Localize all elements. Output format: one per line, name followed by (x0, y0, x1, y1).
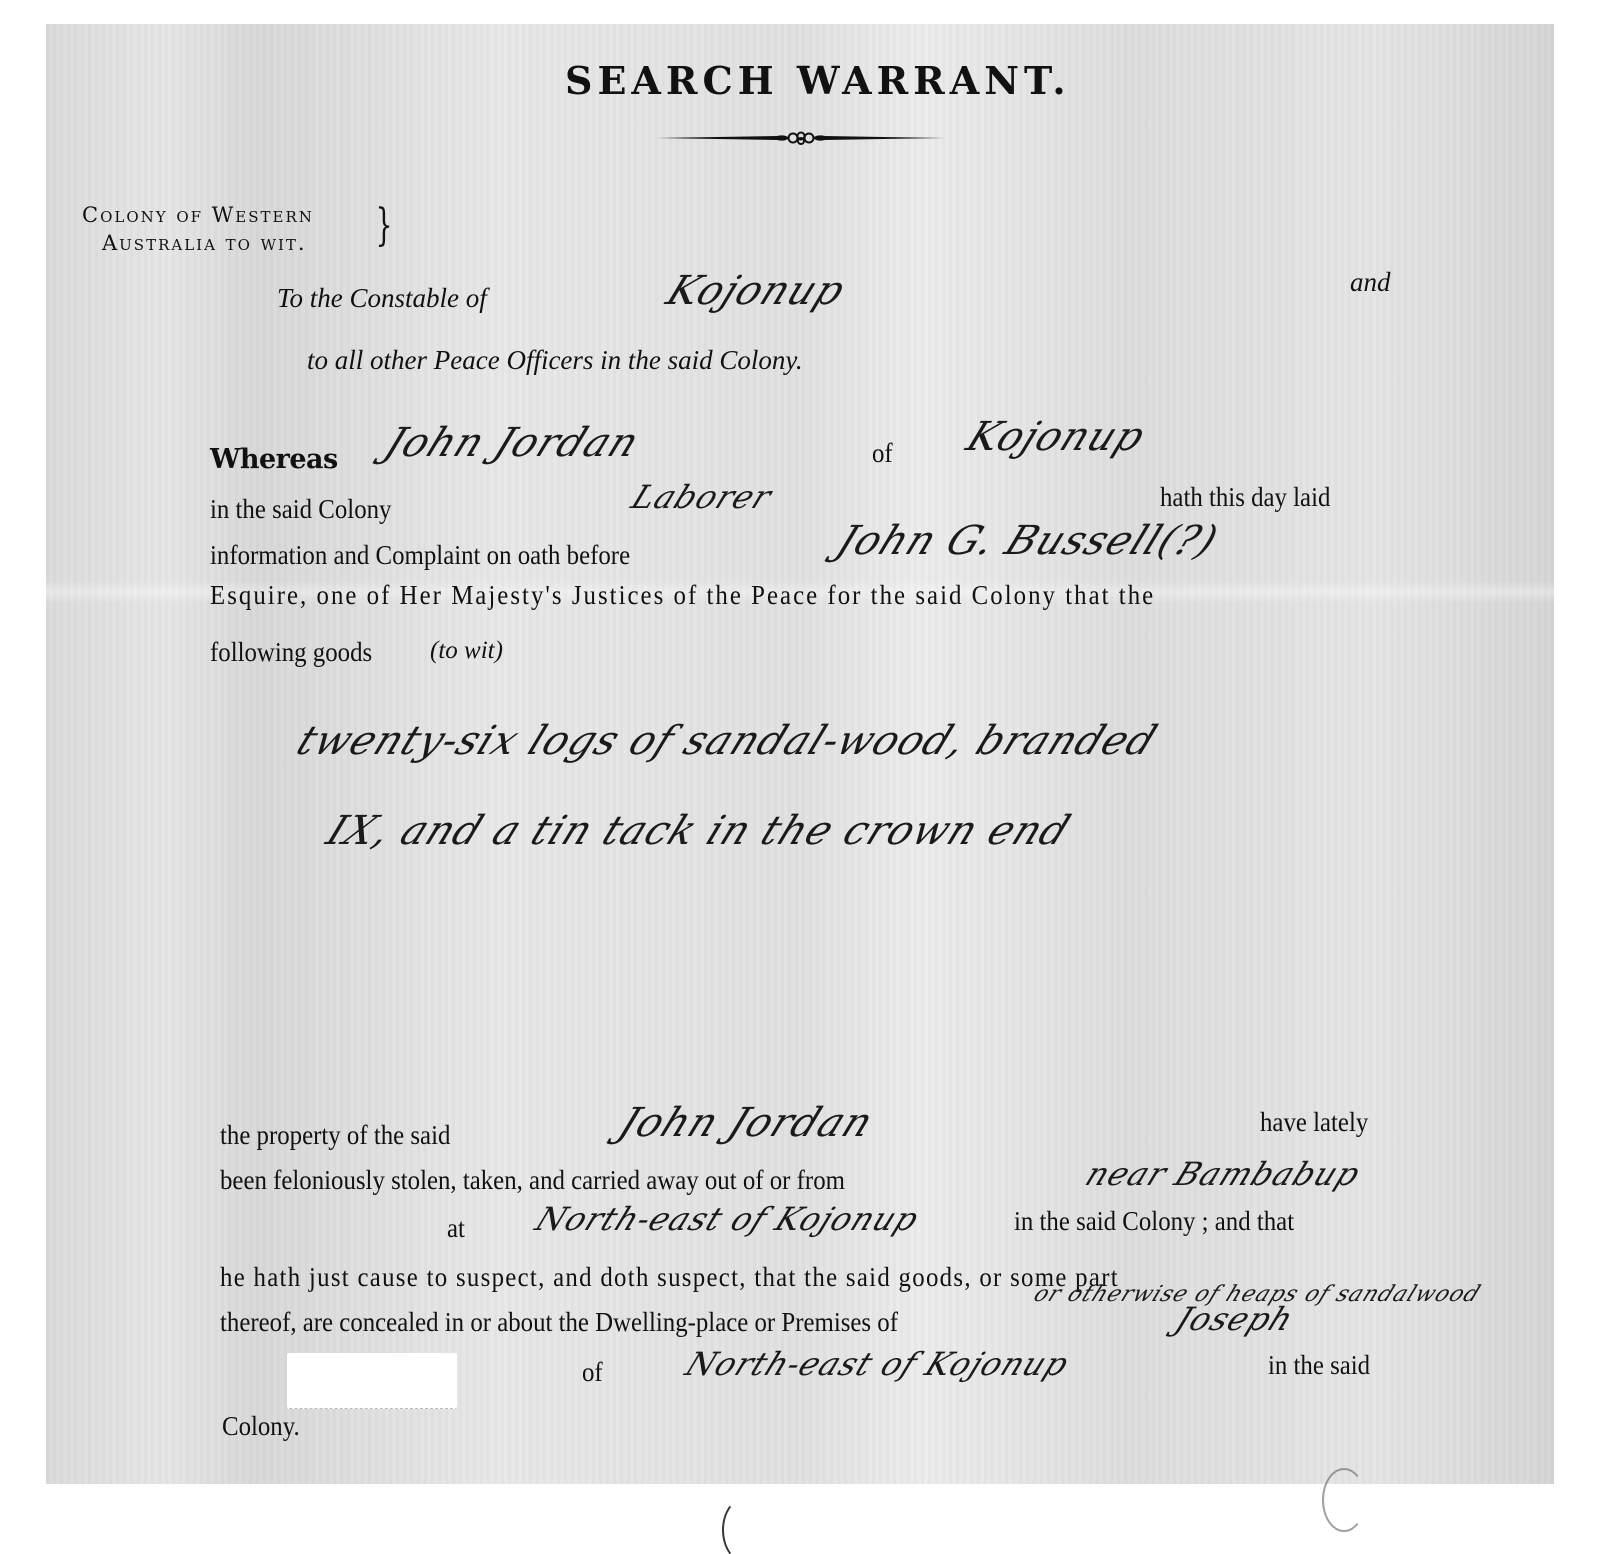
owner-handwritten: John Jordan (612, 1100, 880, 1146)
page-title: SEARCH WARRANT. (565, 58, 1071, 103)
redacted-surname-box (287, 1353, 457, 1409)
constable-place-handwritten: Kojonup (660, 268, 852, 314)
decorative-rule-icon (657, 128, 945, 148)
goods-line-2-handwritten: IX, and a tin tack in the crown end (320, 808, 1077, 854)
brace-icon: } (376, 204, 393, 248)
in-said-colony-label: in the said Colony (210, 494, 391, 525)
in-the-said-label: in the said (1268, 1350, 1370, 1381)
hath-laid-label: hath this day laid (1160, 482, 1330, 513)
punch-hole-right-icon (1322, 1468, 1366, 1532)
property-label: the property of the said (220, 1120, 450, 1151)
to-constable-label: To the Constable of (277, 283, 487, 314)
and-label: and (1350, 267, 1391, 298)
at-place-handwritten: North-east of Kojonup (530, 1200, 925, 1238)
complainant-handwritten: John Jordan (378, 420, 646, 466)
suspect-place-handwritten: North-east of Kojonup (680, 1345, 1075, 1383)
justice-handwritten: John G. Bussell(?) (830, 518, 1225, 564)
following-goods-label: following goods (210, 637, 372, 668)
suspicion-line-1: he hath just cause to suspect, and doth … (220, 1262, 1119, 1293)
suspect-first-name-handwritten: Joseph (1170, 1300, 1300, 1338)
of-label: of (872, 438, 893, 469)
occupation-handwritten: Laborer (626, 478, 778, 516)
jurisdiction-line-2: Australia to wit. (102, 231, 307, 255)
colony-label: Colony. (222, 1411, 300, 1442)
to-wit-label: (to wit) (430, 637, 503, 665)
at-label: at (447, 1213, 465, 1244)
suspicion-line-2: thereof, are concealed in or about the D… (220, 1307, 898, 1338)
from-place-handwritten: near Bambabup (1080, 1155, 1367, 1193)
peace-officers-label: to all other Peace Officers in the said … (307, 345, 803, 376)
whereas-label: Whereas (210, 444, 338, 475)
punch-hole-left-icon (722, 1498, 766, 1554)
esquire-label: Esquire, one of Her Majesty's Justices o… (210, 580, 1155, 611)
of-label-2: of (582, 1357, 603, 1388)
goods-line-1-handwritten: twenty-six logs of sandal-wood, branded (290, 718, 1164, 764)
colony-and-that-label: in the said Colony ; and that (1014, 1206, 1294, 1237)
information-label: information and Complaint on oath before (210, 540, 630, 571)
complainant-place-handwritten: Kojonup (960, 414, 1152, 460)
jurisdiction-line-1: Colony of Western (82, 203, 314, 227)
have-lately-label: have lately (1260, 1107, 1368, 1138)
stolen-label: been feloniously stolen, taken, and carr… (220, 1165, 845, 1196)
